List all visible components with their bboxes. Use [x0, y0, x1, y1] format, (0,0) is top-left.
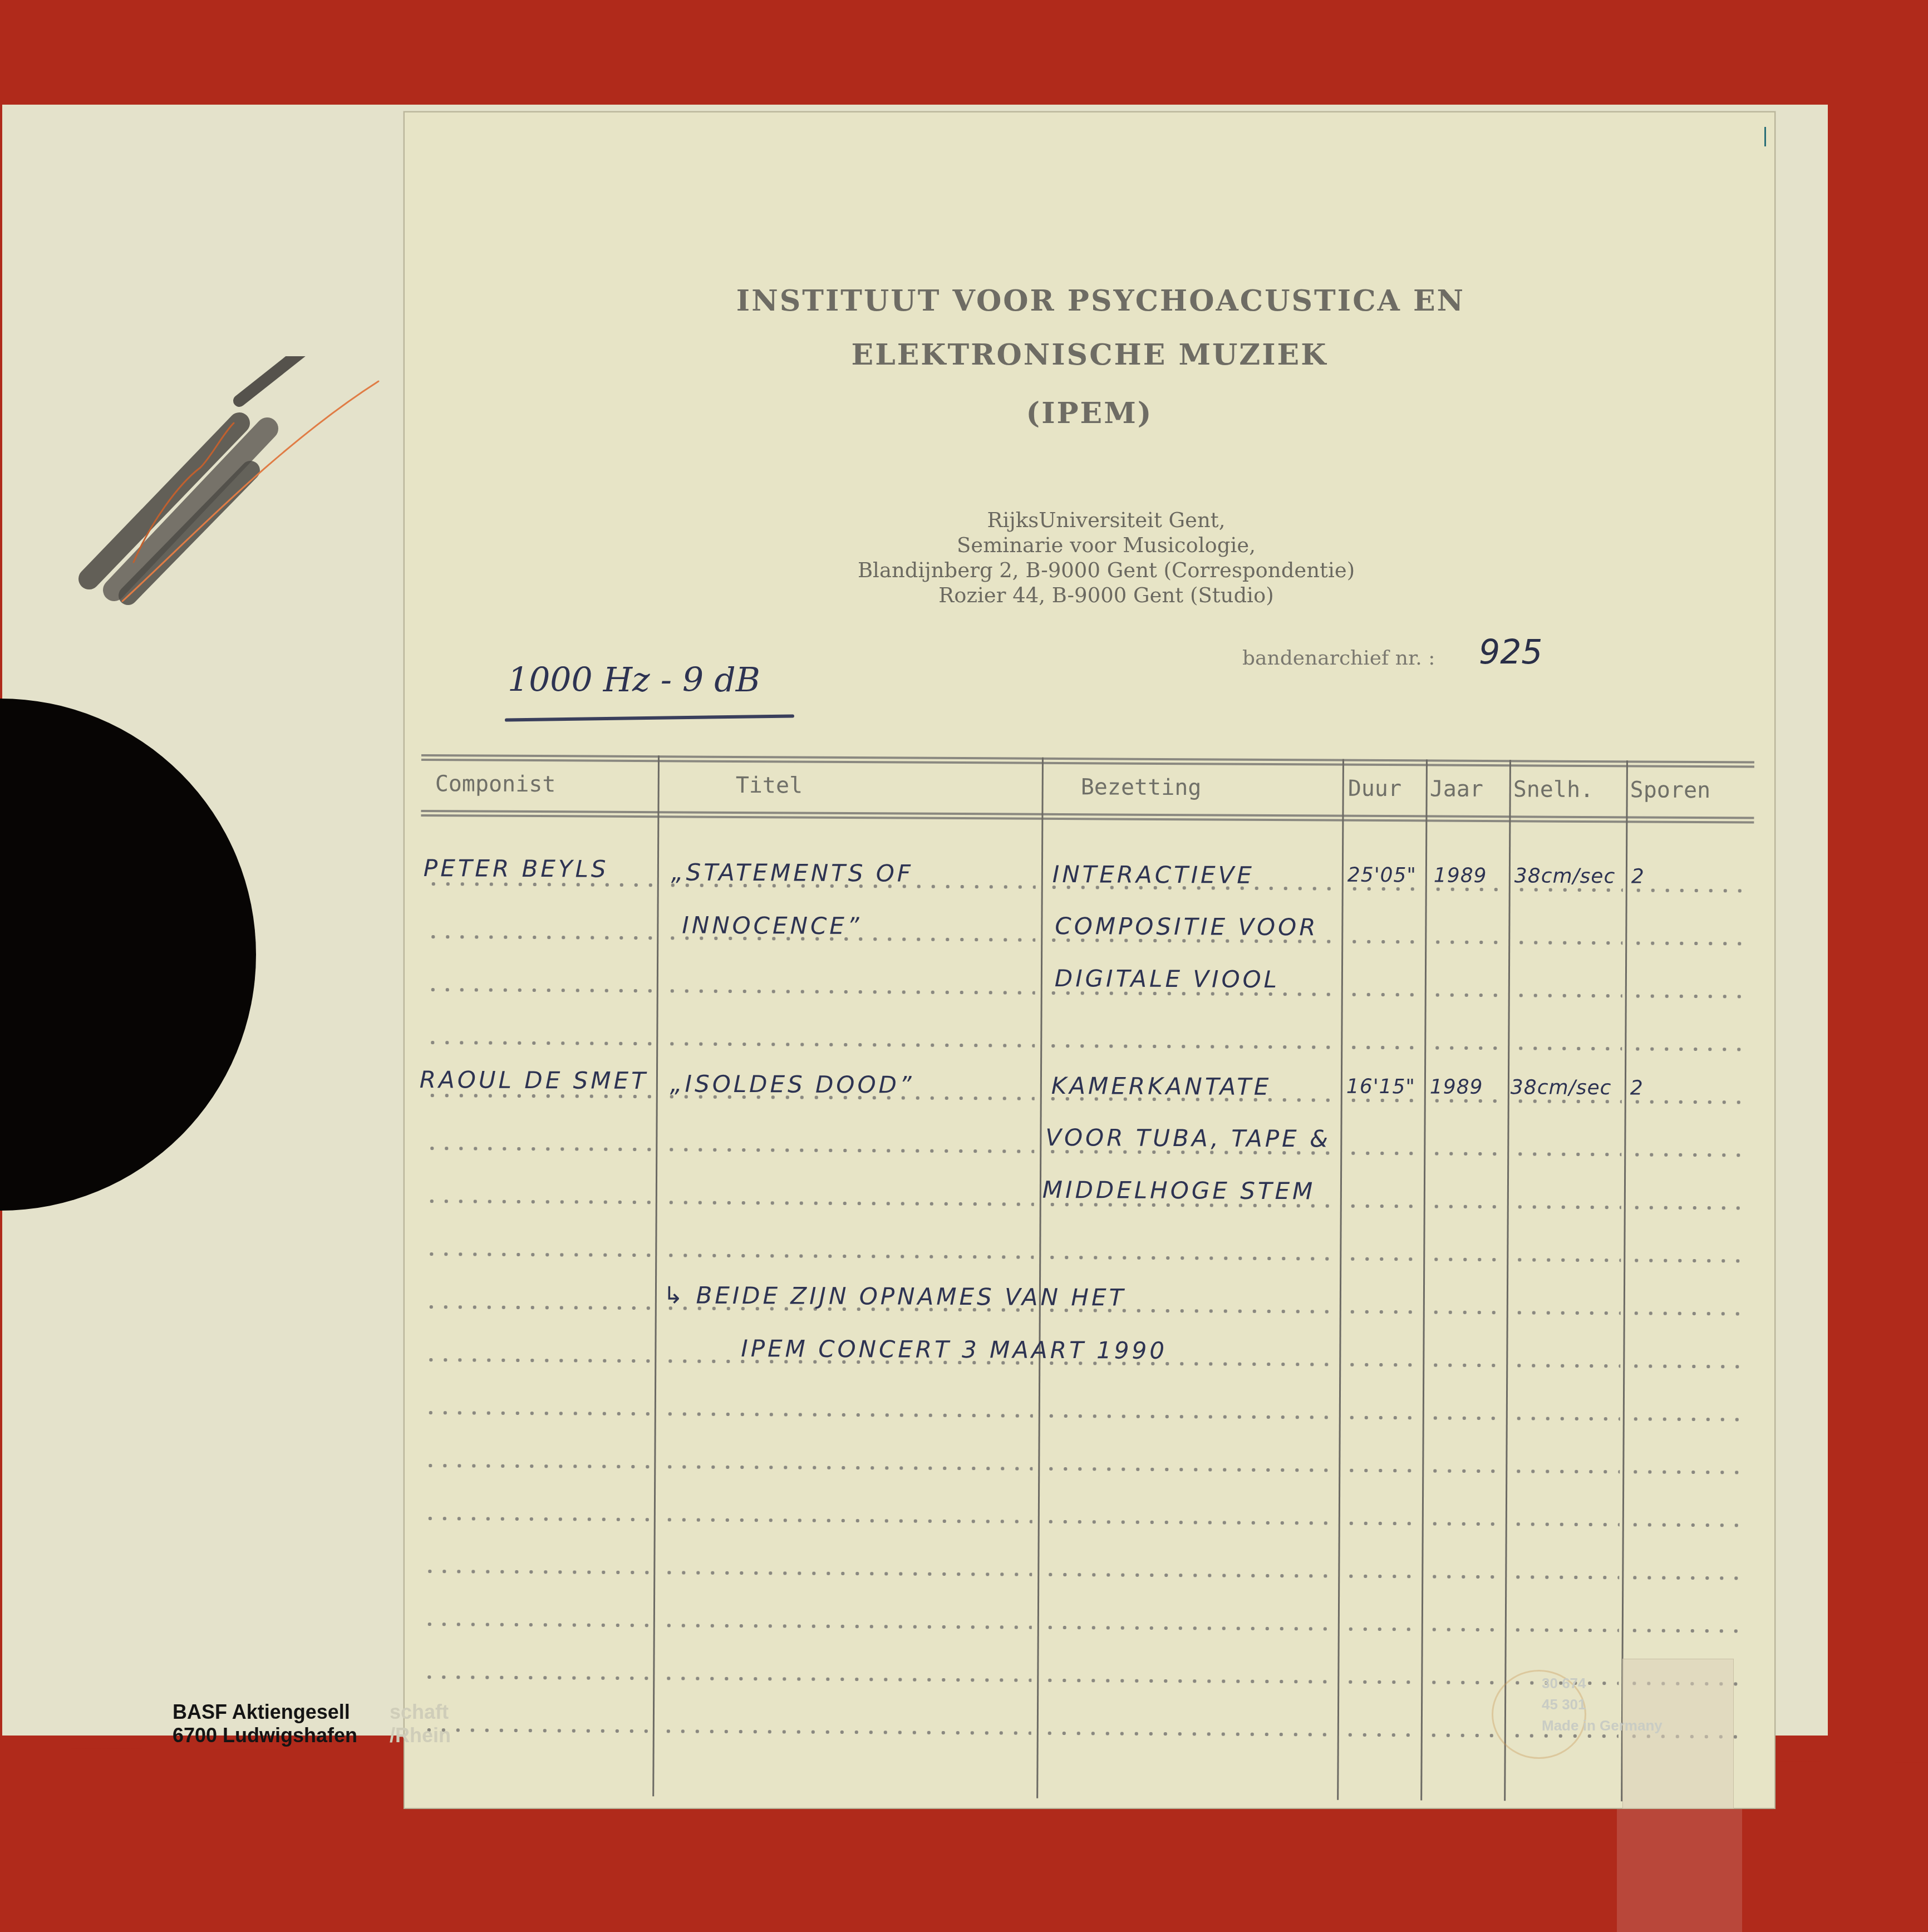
row2-componist: RAOUL DE SMET	[420, 1066, 648, 1094]
address-line: Blandijnberg 2, B-9000 Gent (Corresponde…	[438, 558, 1774, 583]
row1-sporen: 2	[1631, 865, 1645, 888]
column-header-snelheid: Snelh.	[1513, 776, 1594, 803]
column-divider	[1420, 759, 1428, 1800]
row1-titel-line1: „STATEMENTS OF	[671, 858, 913, 887]
product-code: 30 674	[1542, 1673, 1663, 1694]
dotted-line	[419, 1252, 1752, 1263]
dotted-line	[417, 1517, 1750, 1527]
archive-sheet: INSTITUUT VOOR PSYCHOACUSTICA EN ELEKTRO…	[404, 111, 1775, 1809]
row1-jaar: 1989	[1434, 864, 1487, 888]
recording-note-line2: IPEM CONCERT 3 MAART 1990	[741, 1335, 1167, 1364]
table-rule	[421, 754, 1754, 768]
row2-duur: 16'15"	[1346, 1075, 1415, 1099]
ink-mark	[1764, 127, 1766, 146]
row2-bezetting-line3: MIDDELHOGE STEM	[1042, 1176, 1316, 1205]
address-line: RijksUniversiteit Gent,	[438, 508, 1774, 533]
manufacturer-city: 6700 Ludwigshafen	[173, 1724, 357, 1747]
archive-number: 925	[1479, 633, 1543, 672]
address-block: RijksUniversiteit Gent, Seminarie voor M…	[405, 508, 1774, 608]
column-header-bezetting: Bezetting	[1081, 774, 1202, 800]
dotted-line	[417, 1464, 1750, 1474]
institute-title-line2: ELEKTRONISCHE MUZIEK	[405, 338, 1774, 372]
row1-titel-line2: INNOCENCE”	[682, 911, 862, 940]
tape-strip	[1617, 1809, 1742, 1932]
column-header-sporen: Sporen	[1630, 777, 1711, 803]
tape-box-back: INSTITUUT VOOR PSYCHOACUSTICA EN ELEKTRO…	[0, 0, 1928, 1932]
test-tone-note: 1000 Hz - 9 dB	[508, 661, 760, 700]
row1-bezetting-line3: DIGITALE VIOOL	[1055, 965, 1280, 993]
column-header-jaar: Jaar	[1430, 776, 1484, 802]
row2-titel: „ISOLDES DOOD”	[670, 1070, 914, 1098]
manufacturer-imprint: BASF Aktiengesell 6700 Ludwigshafen	[173, 1700, 357, 1747]
institute-abbreviation: (IPEM)	[405, 396, 1774, 430]
column-divider	[1621, 760, 1628, 1801]
column-divider	[652, 755, 660, 1796]
row1-bezetting-line1: INTERACTIEVE	[1052, 861, 1255, 889]
row1-duur: 25'05"	[1347, 864, 1417, 887]
row2-sporen: 2	[1630, 1076, 1644, 1099]
row1-componist: PETER BEYLS	[424, 854, 609, 883]
product-code-2: 45 301	[1542, 1694, 1663, 1715]
manufacturer-name: BASF Aktiengesell	[173, 1700, 357, 1724]
row1-snelheid: 38cm/sec	[1514, 864, 1616, 888]
address-line: Rozier 44, B-9000 Gent (Studio)	[438, 583, 1774, 608]
row2-bezetting-line1: KAMERKANTATE	[1051, 1072, 1272, 1100]
recordings-table: Componist Titel Bezetting Duur Jaar Snel…	[416, 754, 1754, 1802]
column-header-componist: Componist	[435, 771, 556, 797]
manufacturer-name-covered: schaft	[390, 1700, 451, 1724]
column-divider	[1036, 758, 1044, 1798]
row2-jaar: 1989	[1430, 1075, 1483, 1099]
dotted-line	[420, 1041, 1753, 1051]
column-divider	[1337, 759, 1344, 1800]
dotted-line	[417, 1623, 1750, 1633]
institute-title-line1: INSTITUUT VOOR PSYCHOACUSTICA EN	[405, 284, 1774, 318]
box-red-edge-right	[1828, 0, 1928, 1932]
made-in-label: Made in Germany	[1542, 1715, 1663, 1736]
address-line: Seminarie voor Musicologie,	[438, 533, 1774, 558]
manufacturer-city-covered: /Rhein	[390, 1724, 451, 1747]
dotted-line	[417, 1570, 1750, 1580]
handwritten-underline	[505, 714, 794, 721]
dotted-line	[418, 1411, 1751, 1422]
reel-sketch-icon	[67, 356, 456, 690]
row2-snelheid: 38cm/sec	[1511, 1076, 1612, 1099]
product-info: 30 674 45 301 Made in Germany	[1542, 1673, 1663, 1736]
manufacturer-imprint-covered: schaft /Rhein	[390, 1700, 451, 1747]
archive-number-label: bandenarchief nr. :	[1242, 647, 1435, 670]
column-divider	[1504, 760, 1511, 1801]
row1-bezetting-line2: COMPOSITIE VOOR	[1055, 912, 1318, 941]
table-rule	[421, 810, 1754, 824]
row2-bezetting-line2: VOOR TUBA, TAPE &	[1045, 1124, 1331, 1153]
column-header-duur: Duur	[1348, 776, 1402, 802]
recording-note-line1: ↳ BEIDE ZIJN OPNAMES VAN HET	[663, 1281, 1127, 1311]
column-header-titel: Titel	[736, 773, 803, 799]
